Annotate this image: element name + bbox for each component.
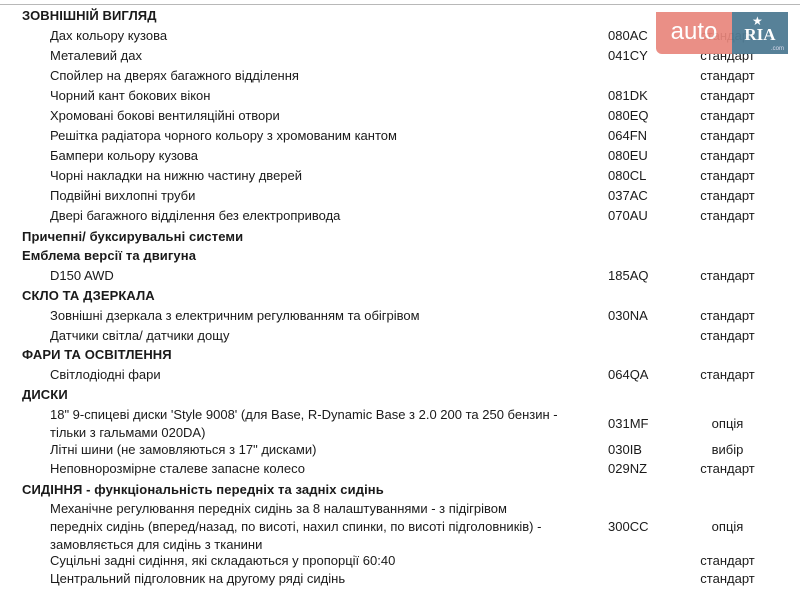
autoria-watermark-logo: auto RIA ★ .com [656,12,788,54]
logo-auto-part: auto [656,12,732,54]
item-name: Двері багажного відділення без електропр… [50,207,560,225]
section-heading: Емблема версії та двигуна [22,247,800,265]
item-status: стандарт [690,307,765,325]
item-name: Спойлер на дверях багажного відділення [50,67,560,85]
section-heading: Причепні/ буксирувальні системи [22,228,800,246]
item-code: 029NZ [608,460,668,478]
item-name: Літні шини (не замовляються з 17" дискам… [50,441,560,459]
item-name: Чорний кант бокових вікон [50,87,560,105]
item-status: опція [690,518,765,536]
item-name: Бампери кольору кузова [50,147,560,165]
item-status: стандарт [690,267,765,285]
item-status: стандарт [690,570,765,588]
item-code: 081DK [608,87,668,105]
item-status: стандарт [690,460,765,478]
item-status: стандарт [690,107,765,125]
item-name: Світлодіодні фари [50,366,560,384]
item-name: Зовнішні дзеркала з електричним регулюва… [50,307,560,325]
item-code: 037AC [608,187,668,205]
item-code: 080EQ [608,107,668,125]
item-status: стандарт [690,147,765,165]
logo-suffix: .com [771,46,784,52]
item-name: Датчики світла/ датчики дощу [50,327,560,345]
page-top-border [0,4,800,5]
item-code: 185AQ [608,267,668,285]
section-heading: СКЛО ТА ДЗЕРКАЛА [22,287,800,305]
item-name: Решітка радіатора чорного кольору з хром… [50,127,560,145]
item-status: стандарт [690,167,765,185]
item-name: Металевий дах [50,47,560,65]
item-code: 080CL [608,167,668,185]
item-name: Подвійні вихлопні труби [50,187,560,205]
item-name: 18" 9-спицеві диски 'Style 9008' (для Ba… [50,406,560,442]
item-name: Механічне регулювання передніх сидінь за… [50,500,560,554]
item-code: 064QA [608,366,668,384]
item-status: стандарт [690,366,765,384]
item-name: D150 AWD [50,267,560,285]
item-code: 080EU [608,147,668,165]
item-name: Центральний підголовник на другому ряді … [50,570,560,588]
item-status: опція [690,415,765,433]
item-status: вибір [690,441,765,459]
item-name: Чорні накладки на нижню частину дверей [50,167,560,185]
item-code: 070AU [608,207,668,225]
item-status: стандарт [690,327,765,345]
item-status: стандарт [690,187,765,205]
item-code: 300CC [608,518,668,536]
star-icon: ★ [752,14,763,28]
section-heading: ФАРИ ТА ОСВІТЛЕННЯ [22,346,800,364]
item-name: Дах кольору кузова [50,27,560,45]
item-status: стандарт [690,552,765,570]
item-status: стандарт [690,67,765,85]
item-code: 031MF [608,415,668,433]
item-code: 064FN [608,127,668,145]
item-status: стандарт [690,87,765,105]
section-heading: СИДІННЯ - функціональність передніх та з… [22,481,800,499]
section-heading: ДИСКИ [22,386,800,404]
item-name: Суцільні задні сидіння, які складаються … [50,552,560,570]
item-code: 030IB [608,441,668,459]
item-code: 030NA [608,307,668,325]
item-status: стандарт [690,127,765,145]
item-name: Хромовані бокові вентиляційні отвори [50,107,560,125]
item-name: Неповнорозмірне сталеве запасне колесо [50,460,560,478]
item-status: стандарт [690,207,765,225]
